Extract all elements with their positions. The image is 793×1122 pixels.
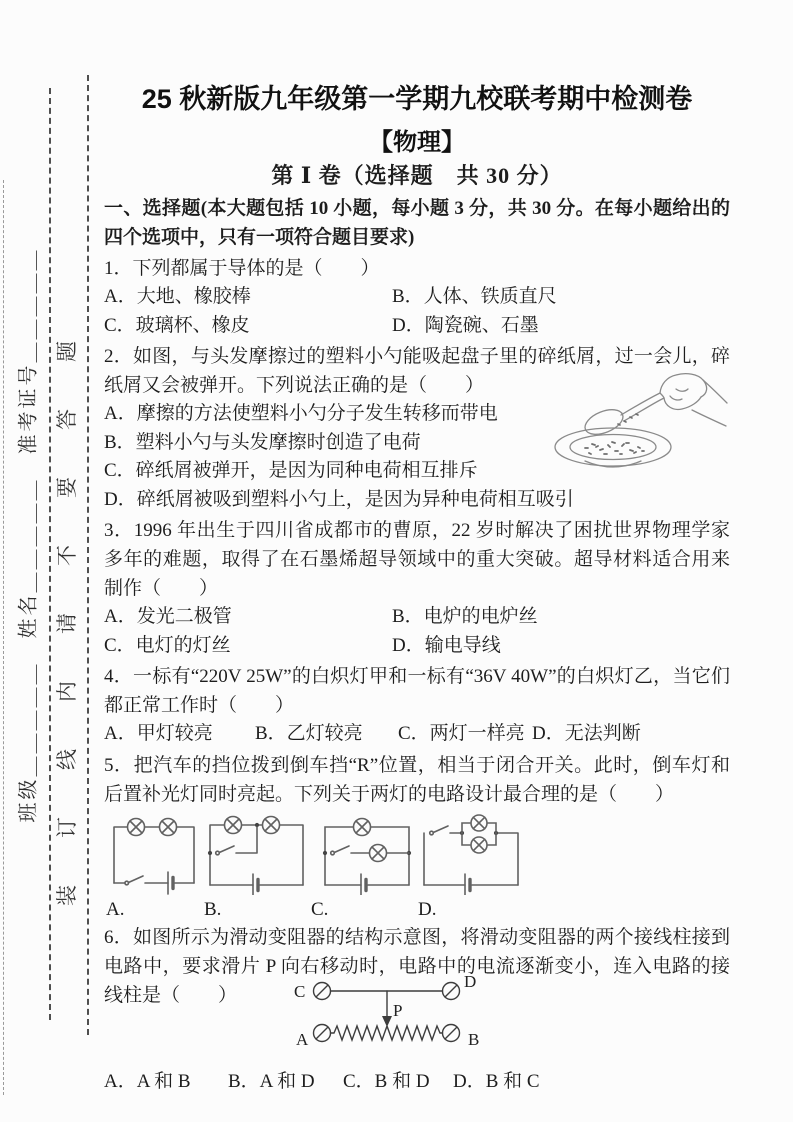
question-5-circuit-diagrams: A. B. C. D. bbox=[104, 811, 730, 921]
question-3-option-b: B．电炉的电炉丝 bbox=[392, 603, 730, 632]
section-instructions: 一、选择题(本大题包括 10 小题，每小题 3 分，共 30 分。在每小题给出的… bbox=[104, 194, 730, 252]
terminal-c bbox=[314, 982, 331, 999]
student-info-fields: 班级＿＿＿＿＿ 姓名＿＿＿＿＿ 准考证号＿＿＿＿＿ bbox=[12, 248, 41, 823]
terminal-a-label: A bbox=[296, 1030, 309, 1049]
binding-area-notice: 装订线内请不要答题 bbox=[51, 294, 81, 906]
paper-bits bbox=[585, 442, 644, 454]
question-4-text: 4．一标有“220V 25W”的白炽灯甲和一标有“36V 40W”的白炽灯乙，当… bbox=[104, 662, 730, 720]
spoon-plate-illustration bbox=[552, 366, 730, 494]
exam-title: 25 秋新版九年级第一学期九校联考期中检测卷 bbox=[104, 82, 730, 116]
question-1-option-d: D．陶瓷碗、石墨 bbox=[392, 312, 730, 341]
slider-p-label: P bbox=[393, 1001, 402, 1020]
resistance-wire bbox=[331, 1026, 443, 1040]
question-1-option-b: B．人体、铁质直尺 bbox=[392, 283, 730, 312]
question-4-options: A．甲灯较亮 B．乙灯较亮 C．两灯一样亮 D．无法判断 bbox=[104, 720, 730, 749]
circuit-diagram-a bbox=[106, 813, 201, 895]
exam-page: 班级＿＿＿＿＿ 姓名＿＿＿＿＿ 准考证号＿＿＿＿＿ 装订线内请不要答题 25 秋… bbox=[0, 0, 793, 1122]
question-6: 6．如图所示为滑动变阻器的结构示意图，将滑动变阻器的两个接线柱接到电路中，要求滑… bbox=[104, 923, 730, 1097]
question-1-options: A．大地、橡胶棒 B．人体、铁质直尺 C．玻璃杯、橡皮 D．陶瓷碗、石墨 bbox=[104, 283, 730, 340]
battery-symbol bbox=[424, 874, 518, 895]
circuit-option-label-b: B. bbox=[204, 895, 221, 924]
question-1-option-c: C．玻璃杯、橡皮 bbox=[104, 312, 392, 341]
section-heading: 第 Ⅰ 卷（选择题 共 30 分） bbox=[104, 162, 730, 190]
terminal-d-label: D bbox=[464, 972, 476, 991]
circuit-diagram-c bbox=[317, 813, 417, 895]
question-5: 5．把汽车的挡位拨到倒车挡“R”位置，相当于闭合开关。此时，倒车灯和后置补光灯同… bbox=[104, 751, 730, 921]
exam-content: 25 秋新版九年级第一学期九校联考期中检测卷 【物理】 第 Ⅰ 卷（选择题 共 … bbox=[104, 76, 730, 1098]
question-6-option-a: A．A 和 B bbox=[104, 1068, 228, 1097]
question-4-option-c: C．两灯一样亮 bbox=[398, 720, 532, 749]
question-6-options: A．A 和 B B．A 和 D C．B 和 D D．B 和 C bbox=[104, 1068, 730, 1097]
circuit-option-label-a: A. bbox=[106, 895, 124, 924]
battery-symbol bbox=[325, 874, 409, 895]
switch-symbol bbox=[114, 876, 143, 885]
hand bbox=[660, 374, 727, 426]
circuit-option-label-c: C. bbox=[311, 895, 328, 924]
terminal-b bbox=[443, 1024, 460, 1041]
question-3: 3．1996 年出生于四川省成都市的曹原，22 岁时解决了困扰世界物理学家多年的… bbox=[104, 516, 730, 660]
circuit-diagram-d bbox=[416, 813, 526, 895]
terminal-c-label: C bbox=[294, 982, 305, 1001]
question-3-option-c: C．电灯的灯丝 bbox=[104, 632, 392, 661]
question-3-option-a: A．发光二极管 bbox=[104, 603, 392, 632]
question-6-option-c: C．B 和 D bbox=[343, 1068, 453, 1097]
question-4-option-d: D．无法判断 bbox=[532, 720, 730, 749]
question-3-option-d: D．输电导线 bbox=[392, 632, 730, 661]
terminal-a bbox=[314, 1024, 331, 1041]
terminal-d bbox=[443, 982, 460, 999]
lamp-symbol bbox=[471, 815, 487, 853]
question-4-option-b: B．乙灯较亮 bbox=[255, 720, 398, 749]
question-3-options: A．发光二极管 B．电炉的电炉丝 C．电灯的灯丝 D．输电导线 bbox=[104, 603, 730, 660]
battery-symbol bbox=[210, 874, 303, 895]
slider-arrow bbox=[382, 991, 392, 1027]
circuit-option-label-d: D. bbox=[418, 895, 436, 924]
switch-symbol bbox=[430, 826, 448, 835]
question-5-text: 5．把汽车的挡位拨到倒车挡“R”位置，相当于闭合开关。此时，倒车灯和后置补光灯同… bbox=[104, 751, 730, 809]
subject-heading: 【物理】 bbox=[104, 128, 730, 158]
lamp-symbol bbox=[354, 818, 387, 861]
question-4-option-a: A．甲灯较亮 bbox=[104, 720, 255, 749]
question-2: 2．如图，与头发摩擦过的塑料小勺能吸起盘子里的碎纸屑，过一会儿，碎纸屑又会被弹开… bbox=[104, 342, 730, 514]
question-1-text: 1．下列都属于导体的是（ ） bbox=[104, 254, 730, 283]
circuit-diagram-b bbox=[204, 813, 309, 895]
rheostat-diagram: C D P A bbox=[292, 967, 492, 1055]
battery-symbol bbox=[145, 872, 194, 894]
page-edge-line bbox=[3, 180, 4, 1095]
question-1-option-a: A．大地、橡胶棒 bbox=[104, 283, 392, 312]
question-4: 4．一标有“220V 25W”的白炽灯甲和一标有“36V 40W”的白炽灯乙，当… bbox=[104, 662, 730, 749]
question-6-option-b: B．A 和 D bbox=[228, 1068, 343, 1097]
question-1: 1．下列都属于导体的是（ ） A．大地、橡胶棒 B．人体、铁质直尺 C．玻璃杯、… bbox=[104, 254, 730, 340]
terminal-b-label: B bbox=[468, 1030, 479, 1049]
question-3-text: 3．1996 年出生于四川省成都市的曹原，22 岁时解决了困扰世界物理学家多年的… bbox=[104, 516, 730, 603]
switch-symbol bbox=[216, 827, 257, 855]
binding-line-outer bbox=[87, 75, 89, 1035]
question-6-option-d: D．B 和 C bbox=[453, 1068, 730, 1097]
plate bbox=[555, 428, 671, 467]
